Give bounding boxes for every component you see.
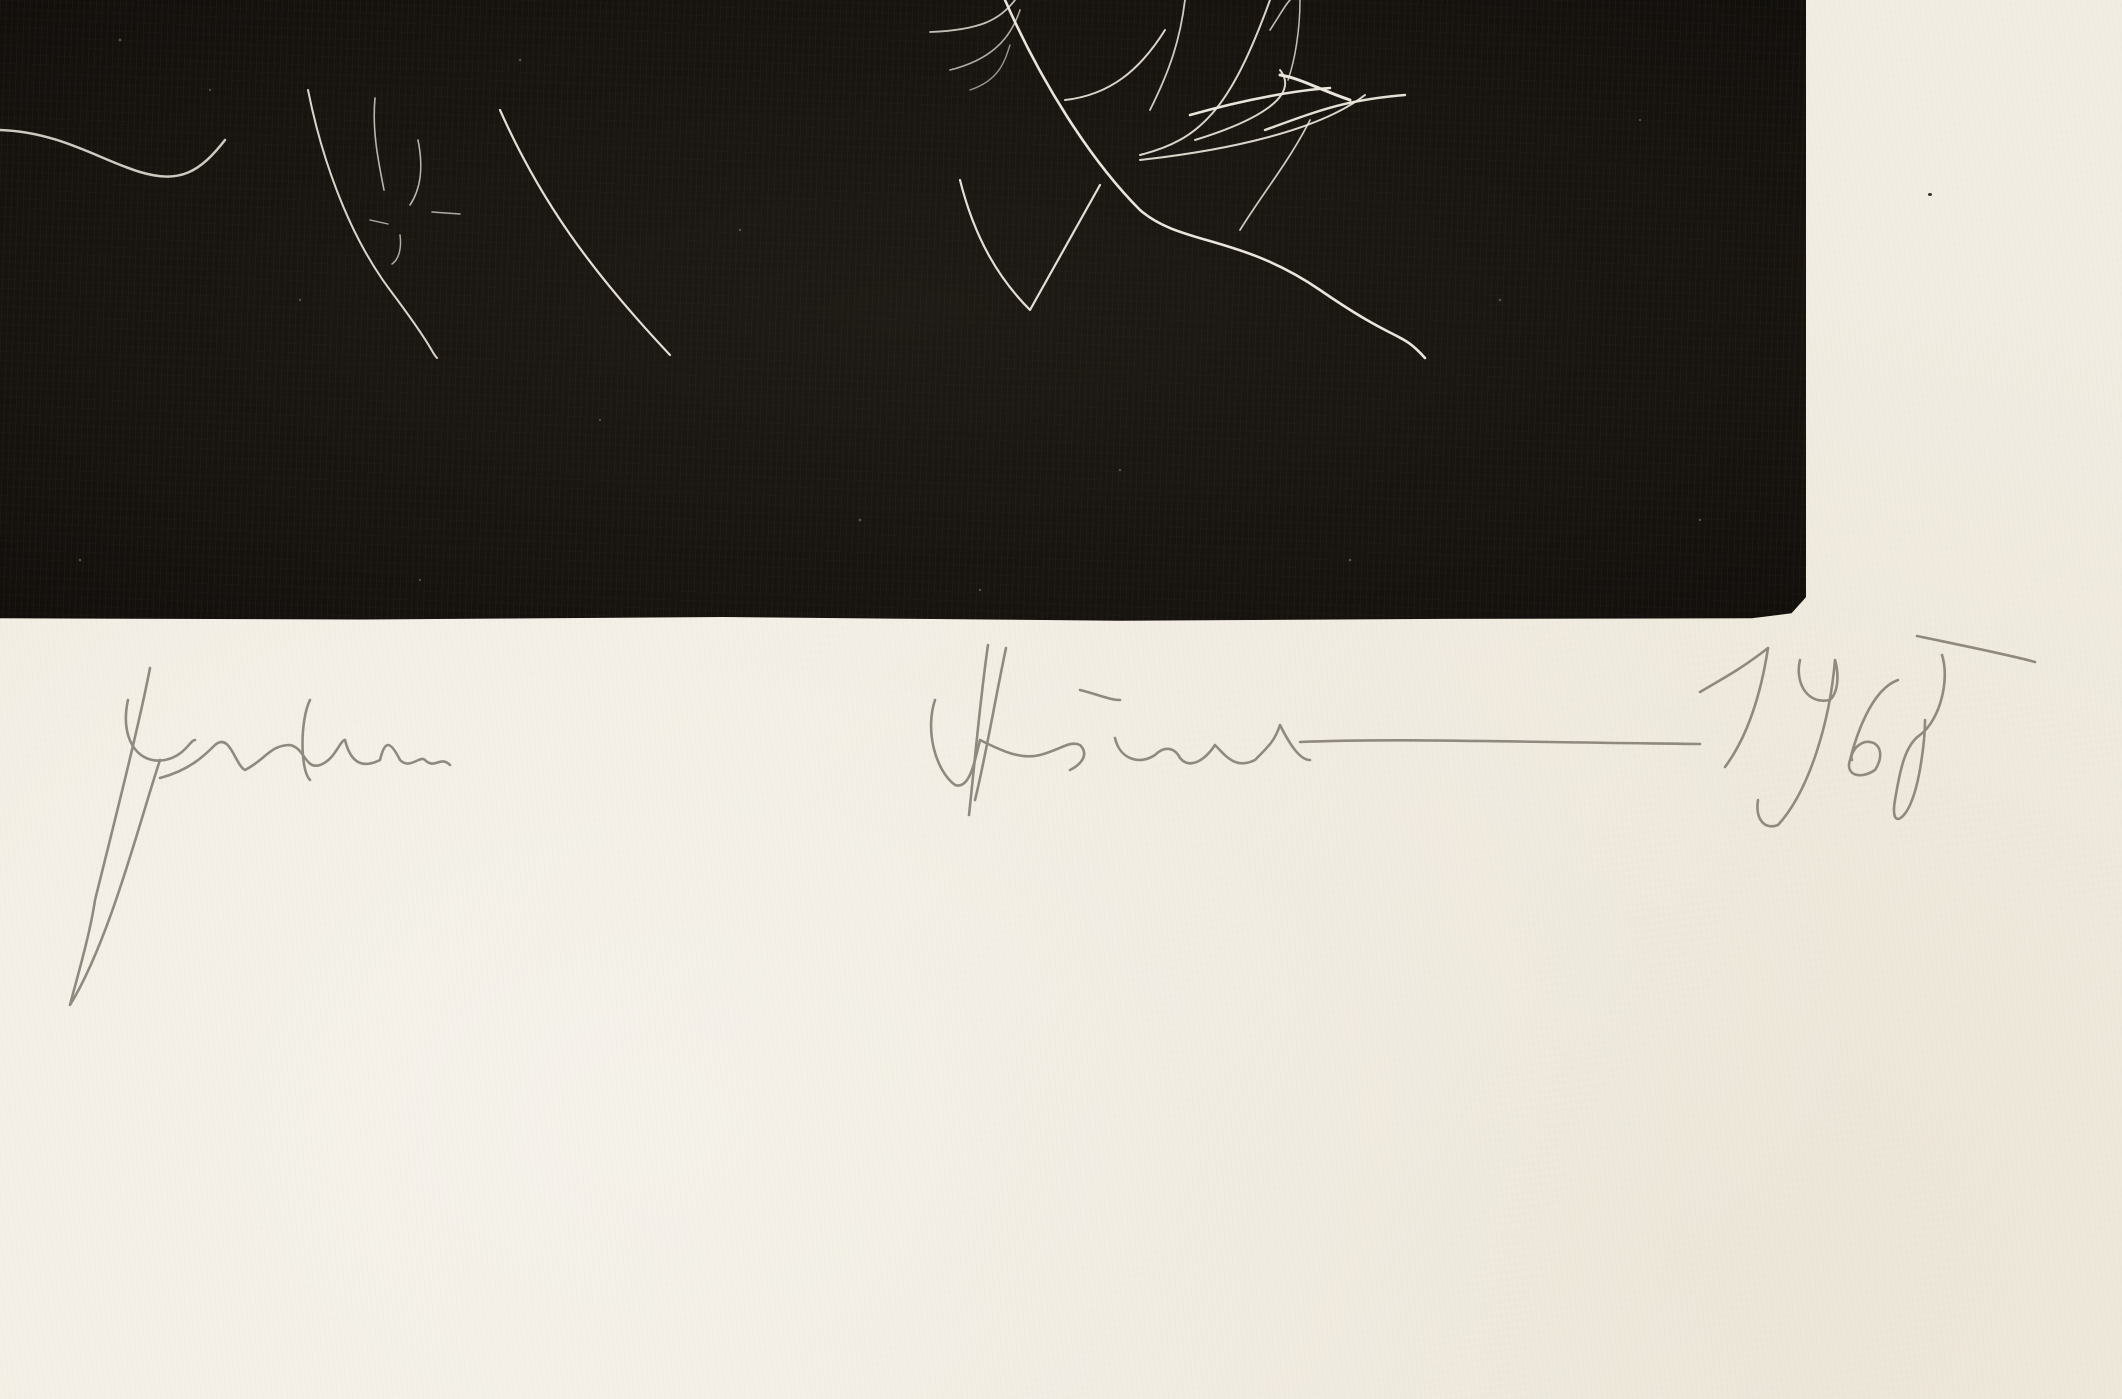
pencil-signature: [0, 0, 2122, 1399]
photograph-of-print: Germán Dumas 1968: [0, 0, 2122, 1399]
paper-speck: [1928, 193, 1932, 196]
